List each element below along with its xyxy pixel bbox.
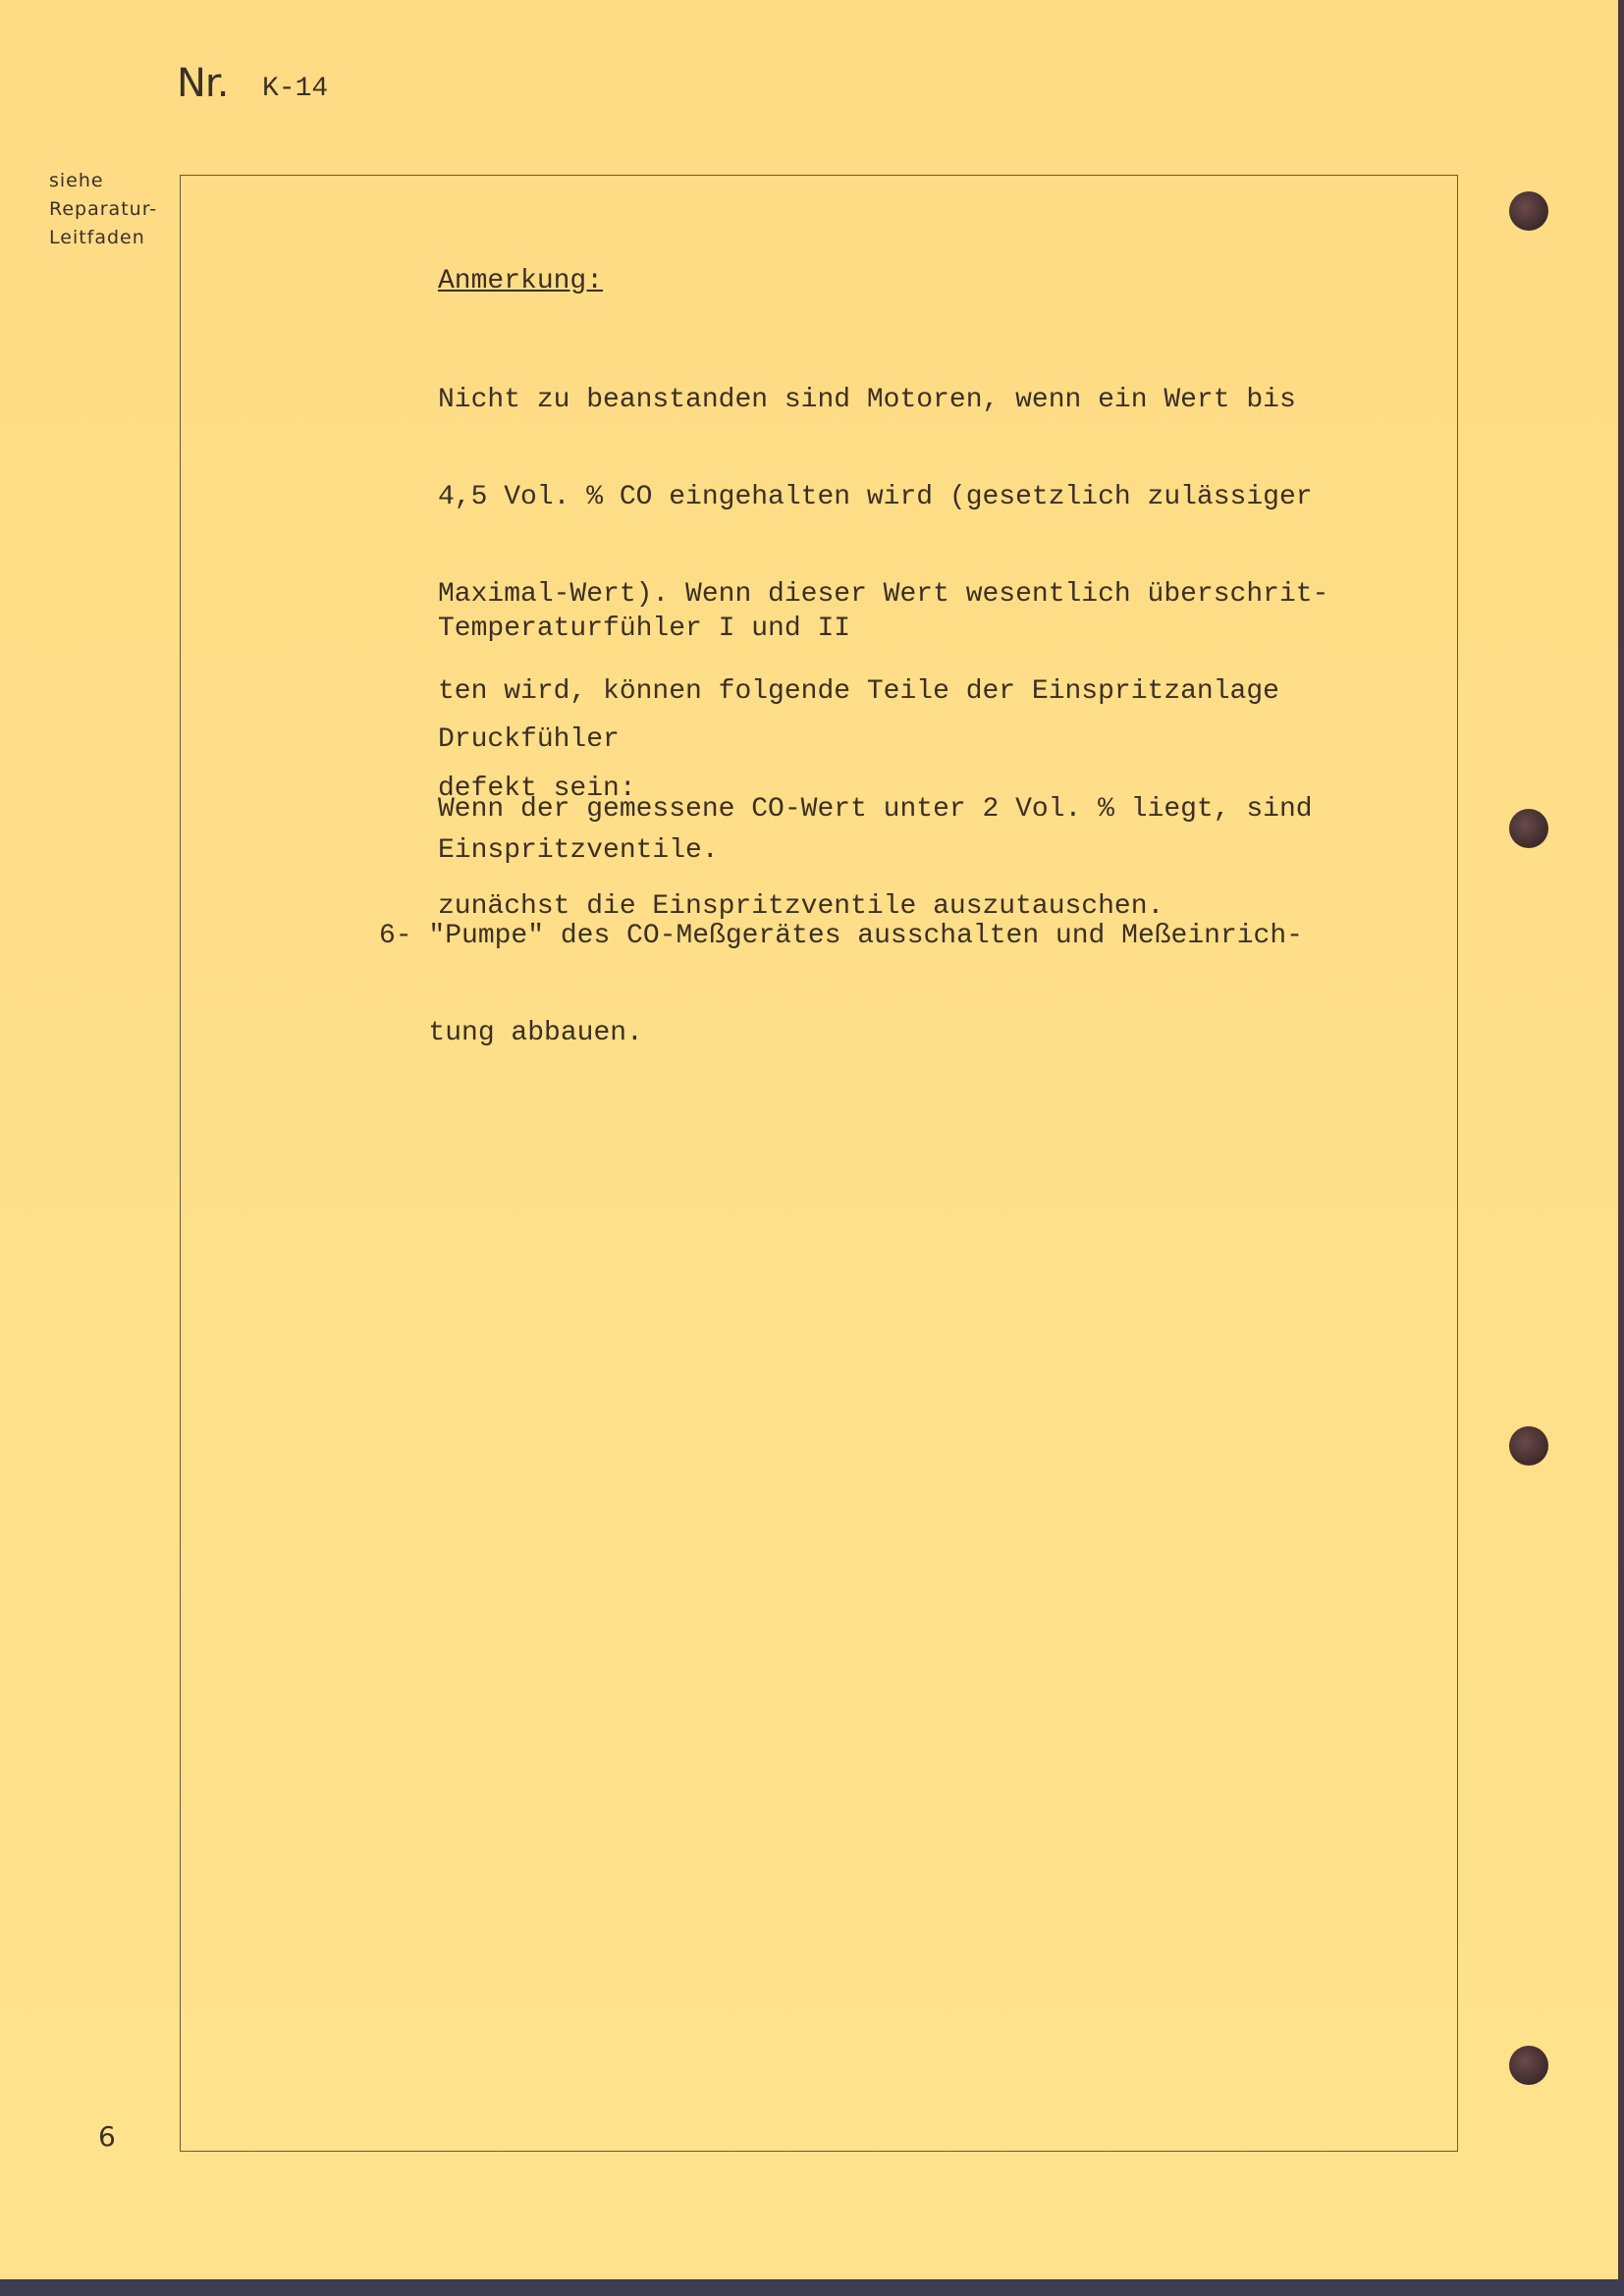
side-note-line: siehe [49, 167, 157, 195]
step-text-line: tung abbauen. [428, 1018, 642, 1048]
nr-label: Nr. [177, 61, 228, 106]
note-heading: Anmerkung: [438, 265, 603, 297]
side-note-line: Leitfaden [49, 224, 157, 252]
side-note: siehe Reparatur- Leitfaden [49, 167, 157, 252]
step-number: 6- [379, 921, 412, 951]
text-line: Nicht zu beanstanden sind Motoren, wenn … [438, 384, 1328, 416]
background-edge [1618, 0, 1624, 2296]
punch-hole [1509, 191, 1548, 231]
list-item: Temperaturfühler I und II [438, 613, 850, 645]
text-line: 4,5 Vol. % CO eingehalten wird (gesetzli… [438, 481, 1328, 513]
document-page: Nr. K-14 siehe Reparatur- Leitfaden Anme… [0, 0, 1618, 2279]
punch-hole [1509, 809, 1548, 848]
step-6: 6- "Pumpe" des CO-Meßgerätes ausschalten… [379, 855, 1303, 1114]
side-note-line: Reparatur- [49, 195, 157, 224]
text-line: Wenn der gemessene CO-Wert unter 2 Vol. … [438, 793, 1313, 826]
punch-hole [1509, 1426, 1548, 1466]
step-text-line: "Pumpe" des CO-Meßgerätes ausschalten un… [428, 921, 1303, 951]
background-edge [0, 2279, 1624, 2296]
document-number: K-14 [262, 73, 328, 105]
page-number: 6 [98, 2120, 116, 2153]
punch-hole [1509, 2046, 1548, 2085]
